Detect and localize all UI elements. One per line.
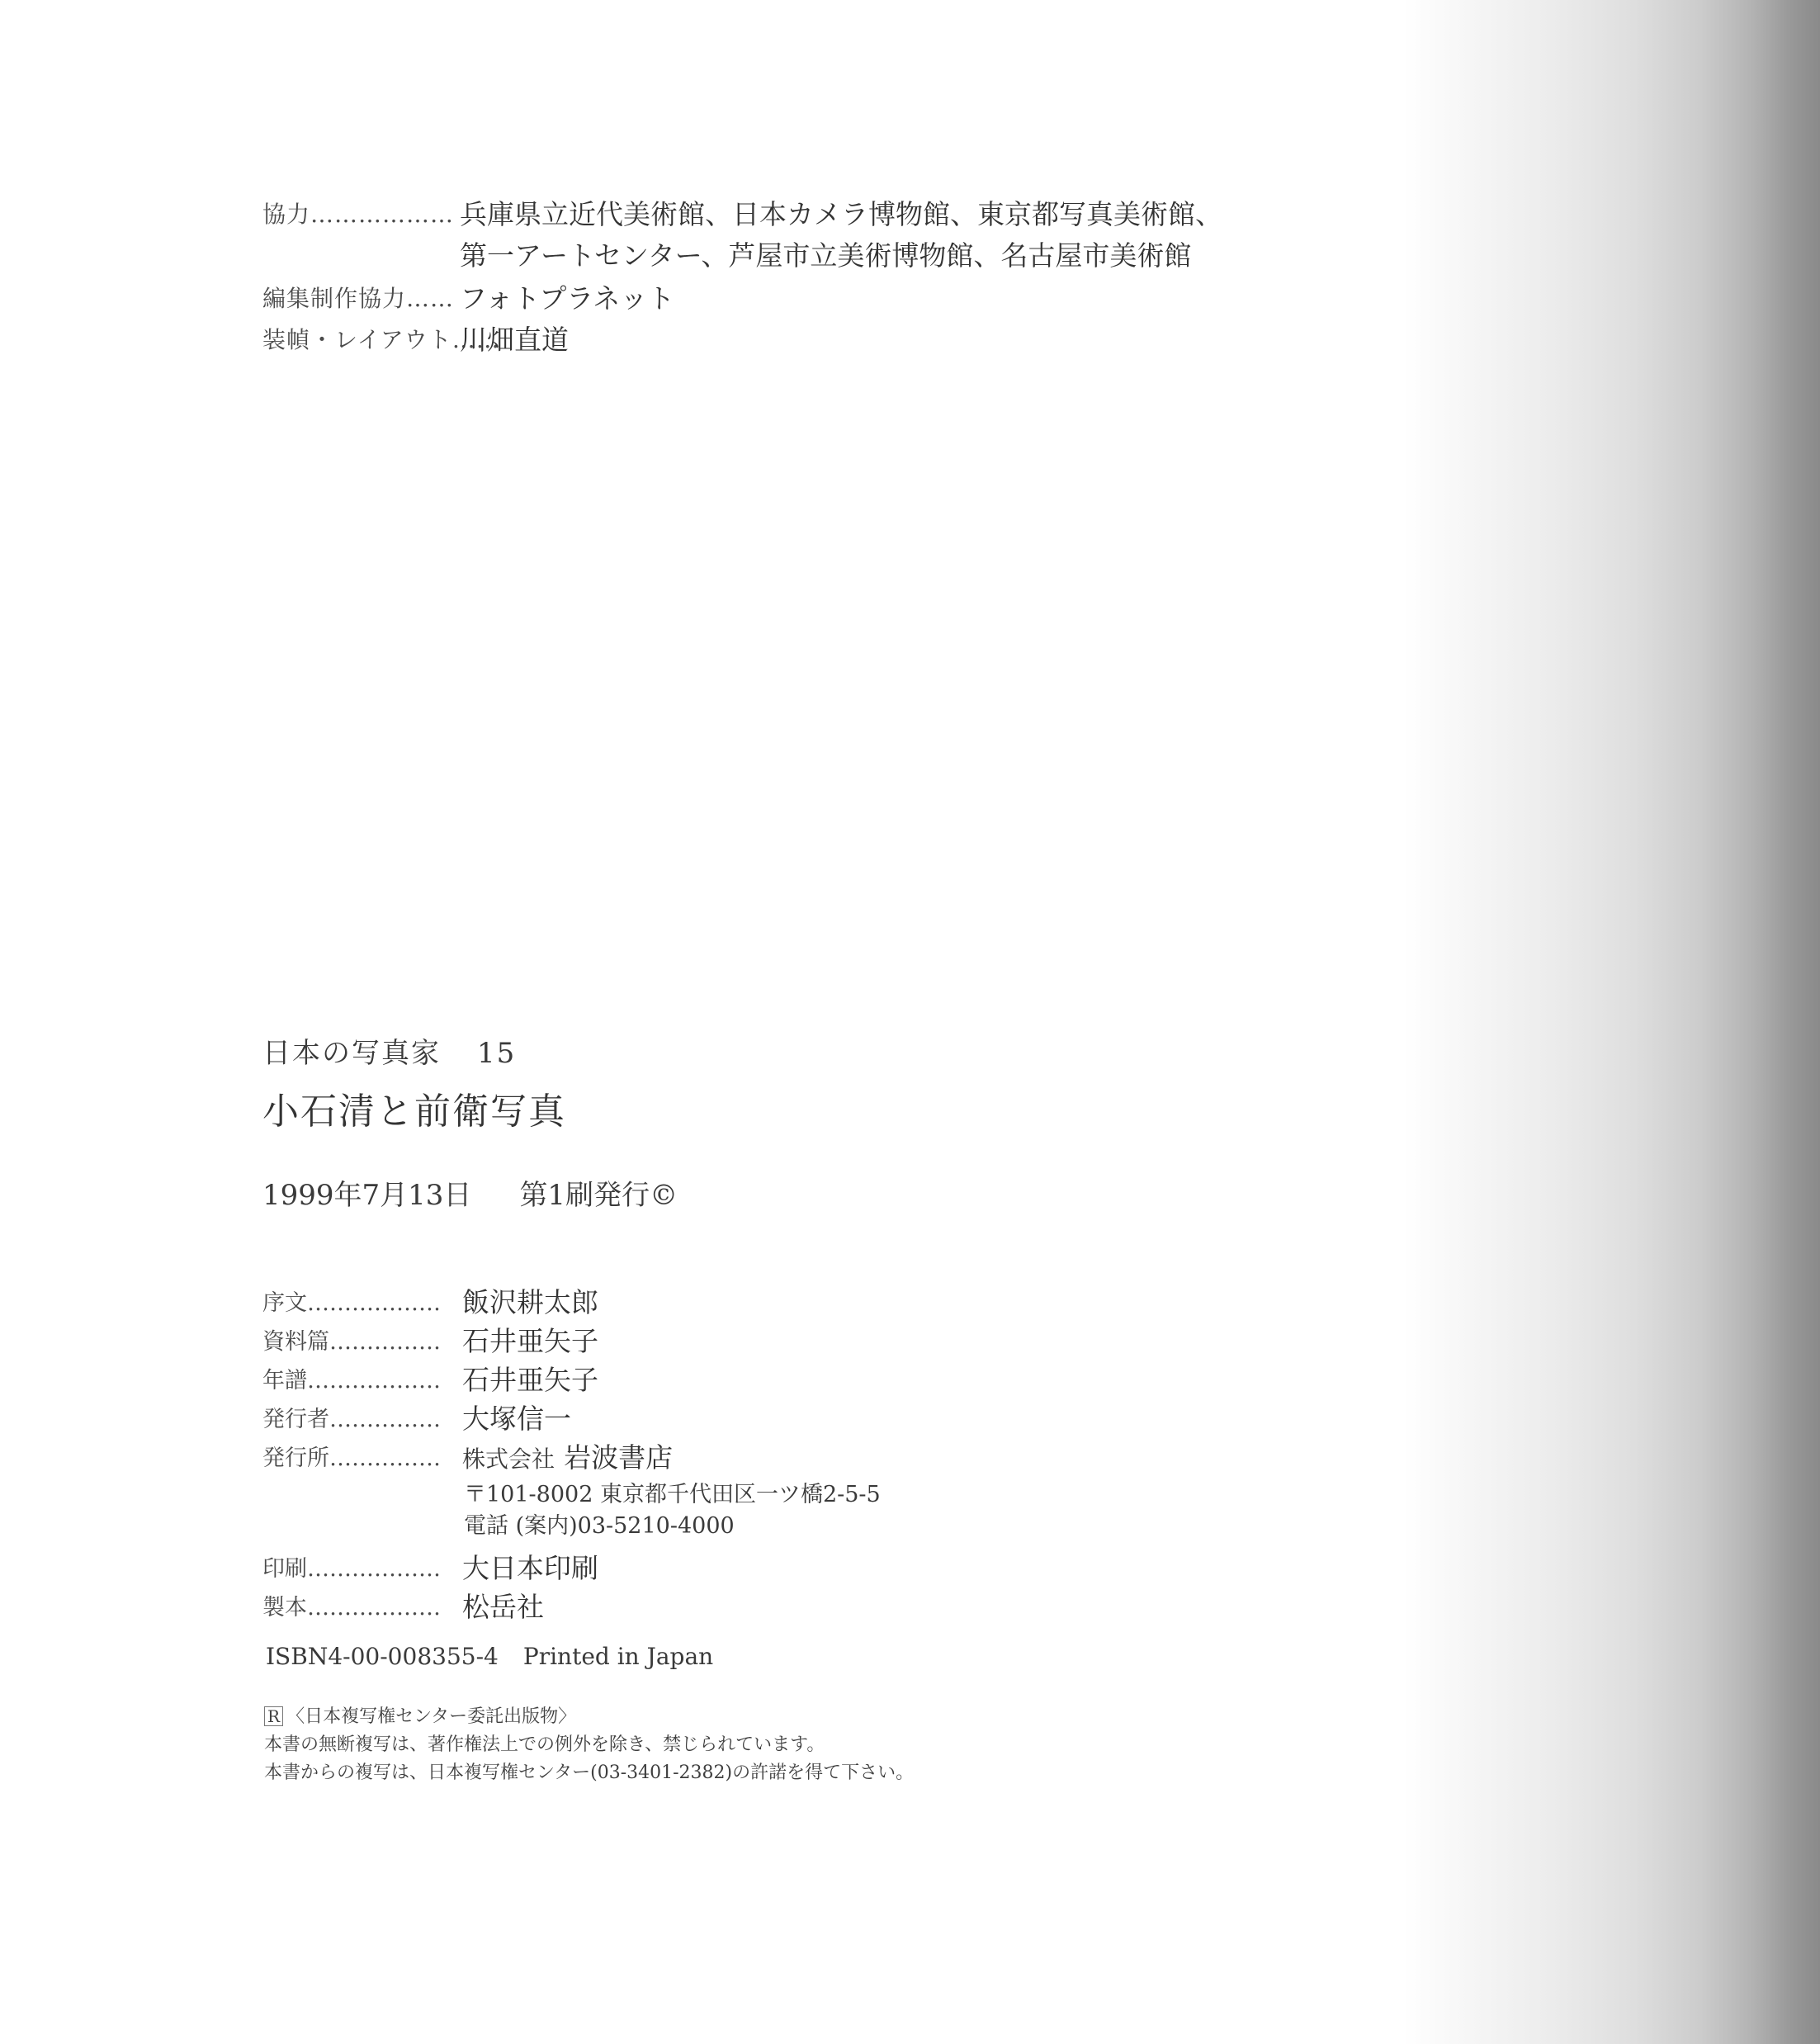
dot-leader: ……………: [329, 1407, 441, 1432]
series-number: 15: [477, 1037, 516, 1070]
printed-in: Printed in Japan: [523, 1643, 713, 1670]
registered-mark-icon: R: [264, 1706, 283, 1726]
colophon-label: 資料篇: [262, 1323, 329, 1356]
book-title: 小石清と前衛写真: [262, 1081, 566, 1134]
isbn-code: ISBN4-00-008355-4: [266, 1643, 499, 1670]
colophon-label: 序文: [262, 1285, 307, 1317]
binder-name: 松岳社: [462, 1586, 544, 1625]
colophon-row-publisher: 発行者 ……………: [262, 1401, 441, 1433]
colophon-label: 発行者: [262, 1401, 329, 1433]
dot-leader: ………………: [307, 1595, 441, 1621]
colophon-label: 印刷: [262, 1550, 307, 1583]
company-prefix: 株式会社: [462, 1445, 555, 1473]
colophon-label: 発行所: [262, 1440, 329, 1472]
publishing-house: 株式会社 岩波書店: [462, 1436, 673, 1475]
series-name: 日本の写真家: [262, 1037, 441, 1070]
credit-label: 編集制作協力: [262, 281, 406, 314]
dot-leader: ………………: [310, 201, 454, 228]
colophon-label: 年譜: [262, 1362, 307, 1394]
edition-info: 第1刷発行©: [519, 1179, 678, 1212]
dot-leader: ………………: [307, 1290, 441, 1316]
credit-value-continued: 第一アートセンター、芦屋市立美術博物館、名古屋市美術館: [460, 234, 1191, 273]
colophon-value: 石井亜矢子: [462, 1359, 598, 1398]
colophon-row-publishing-house: 発行所 ……………: [262, 1440, 441, 1472]
credit-value: フォトプラネット: [460, 277, 674, 316]
credit-row-cooperation: 協力 ………………: [262, 196, 454, 229]
colophon-row-chronology: 年譜 ………………: [262, 1362, 441, 1394]
credit-row-editorial: 編集制作協力 ……: [262, 281, 454, 314]
publication-date: 1999年7月13日: [262, 1179, 471, 1212]
colophon-value: 飯沢耕太郎: [462, 1281, 598, 1320]
dot-leader: ……………: [329, 1329, 441, 1355]
rights-line-2: 本書からの複写は、日本複写権センター(03-3401-2382)の許諾を得て下さ…: [264, 1758, 914, 1784]
isbn-line: ISBN4-00-008355-4Printed in Japan: [266, 1643, 713, 1670]
credit-value: 兵庫県立近代美術館、日本カメラ博物館、東京都写真美術館、: [460, 193, 1222, 232]
colophon-row-printing: 印刷 ………………: [262, 1550, 441, 1583]
postal-address: 〒101-8002 東京都千代田区一ツ橋2-5-5: [464, 1476, 881, 1508]
rights-title: 〈日本複写権センター委託出版物〉: [286, 1706, 576, 1727]
dot-leader: ………………: [307, 1556, 441, 1582]
colophon-value: 石井亜矢子: [462, 1320, 598, 1359]
credit-label: 装幀・レイアウト: [262, 322, 452, 355]
colophon-row-materials: 資料篇 ……………: [262, 1323, 441, 1356]
rights-line-1: 本書の無断複写は、著作権法上での例外を除き、禁じられています。: [264, 1730, 825, 1756]
dot-leader: ……: [406, 285, 454, 312]
credit-value: 川畑直道: [460, 319, 569, 357]
phone-number: 電話 (案内)03-5210-4000: [464, 1507, 735, 1540]
dot-leader: ………………: [307, 1368, 441, 1393]
colophon-row-binding: 製本 ………………: [262, 1589, 441, 1621]
colophon-label: 製本: [262, 1589, 307, 1621]
colophon-value: 大塚信一: [462, 1398, 571, 1436]
dot-leader: ……………: [329, 1445, 441, 1471]
printer-name: 大日本印刷: [462, 1547, 598, 1586]
publication-line: 1999年7月13日第1刷発行©: [262, 1172, 678, 1213]
company-name: 岩波書店: [564, 1441, 673, 1474]
rights-notice-title: R〈日本複写権センター委託出版物〉: [264, 1702, 576, 1728]
colophon-row-preface: 序文 ………………: [262, 1285, 441, 1317]
series-line: 日本の写真家15: [262, 1030, 516, 1071]
credit-label: 協力: [262, 196, 310, 229]
colophon-page: 協力 ……………… 兵庫県立近代美術館、日本カメラ博物館、東京都写真美術館、 第…: [0, 0, 1820, 2044]
